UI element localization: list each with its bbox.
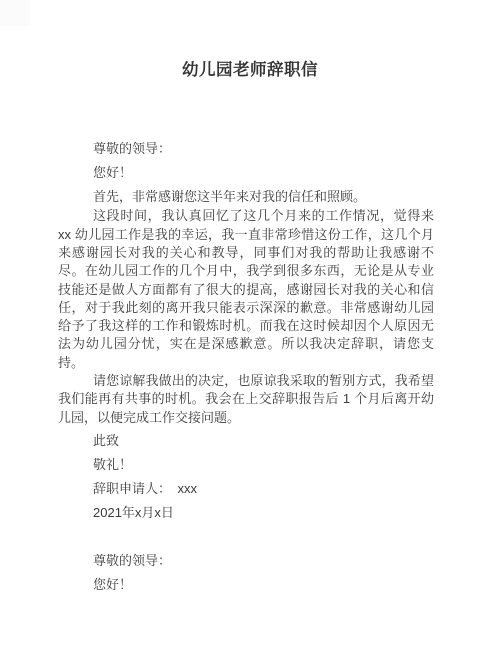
greeting-line: 您好！ [58, 164, 434, 182]
body-paragraph-1: 这段时间，我认真回忆了这几个月来的工作情况，觉得来 xx 幼儿园工作是我的幸运，… [58, 207, 434, 372]
document-title: 幼儿园老师辞职信 [0, 59, 500, 81]
document-page: 幼儿园老师辞职信 尊敬的领导： 您好！ 首先，非常感谢您这半年来对我的信任和照顾… [0, 0, 500, 648]
closing-phrase-line: 此致 [58, 432, 434, 450]
salute-line: 敬礼！ [58, 456, 434, 474]
date-line: 2021年x月x日 [58, 504, 434, 522]
body-paragraph-2: 请您谅解我做出的决定，也原谅我采取的暂别方式，我希望我们能再有共事的时机。我会在… [58, 372, 434, 427]
next-greeting-line: 您好！ [58, 576, 434, 594]
next-salutation-line: 尊敬的领导： [58, 552, 434, 570]
signature-line: 辞职申请人： xxx [58, 480, 434, 498]
letter-body: 尊敬的领导： 您好！ 首先，非常感谢您这半年来对我的信任和照顾。 这段时间，我认… [58, 140, 434, 600]
opening-line: 首先，非常感谢您这半年来对我的信任和照顾。 [58, 188, 434, 206]
scan-corner-artifact [0, 0, 30, 26]
salutation-line: 尊敬的领导： [58, 140, 434, 158]
